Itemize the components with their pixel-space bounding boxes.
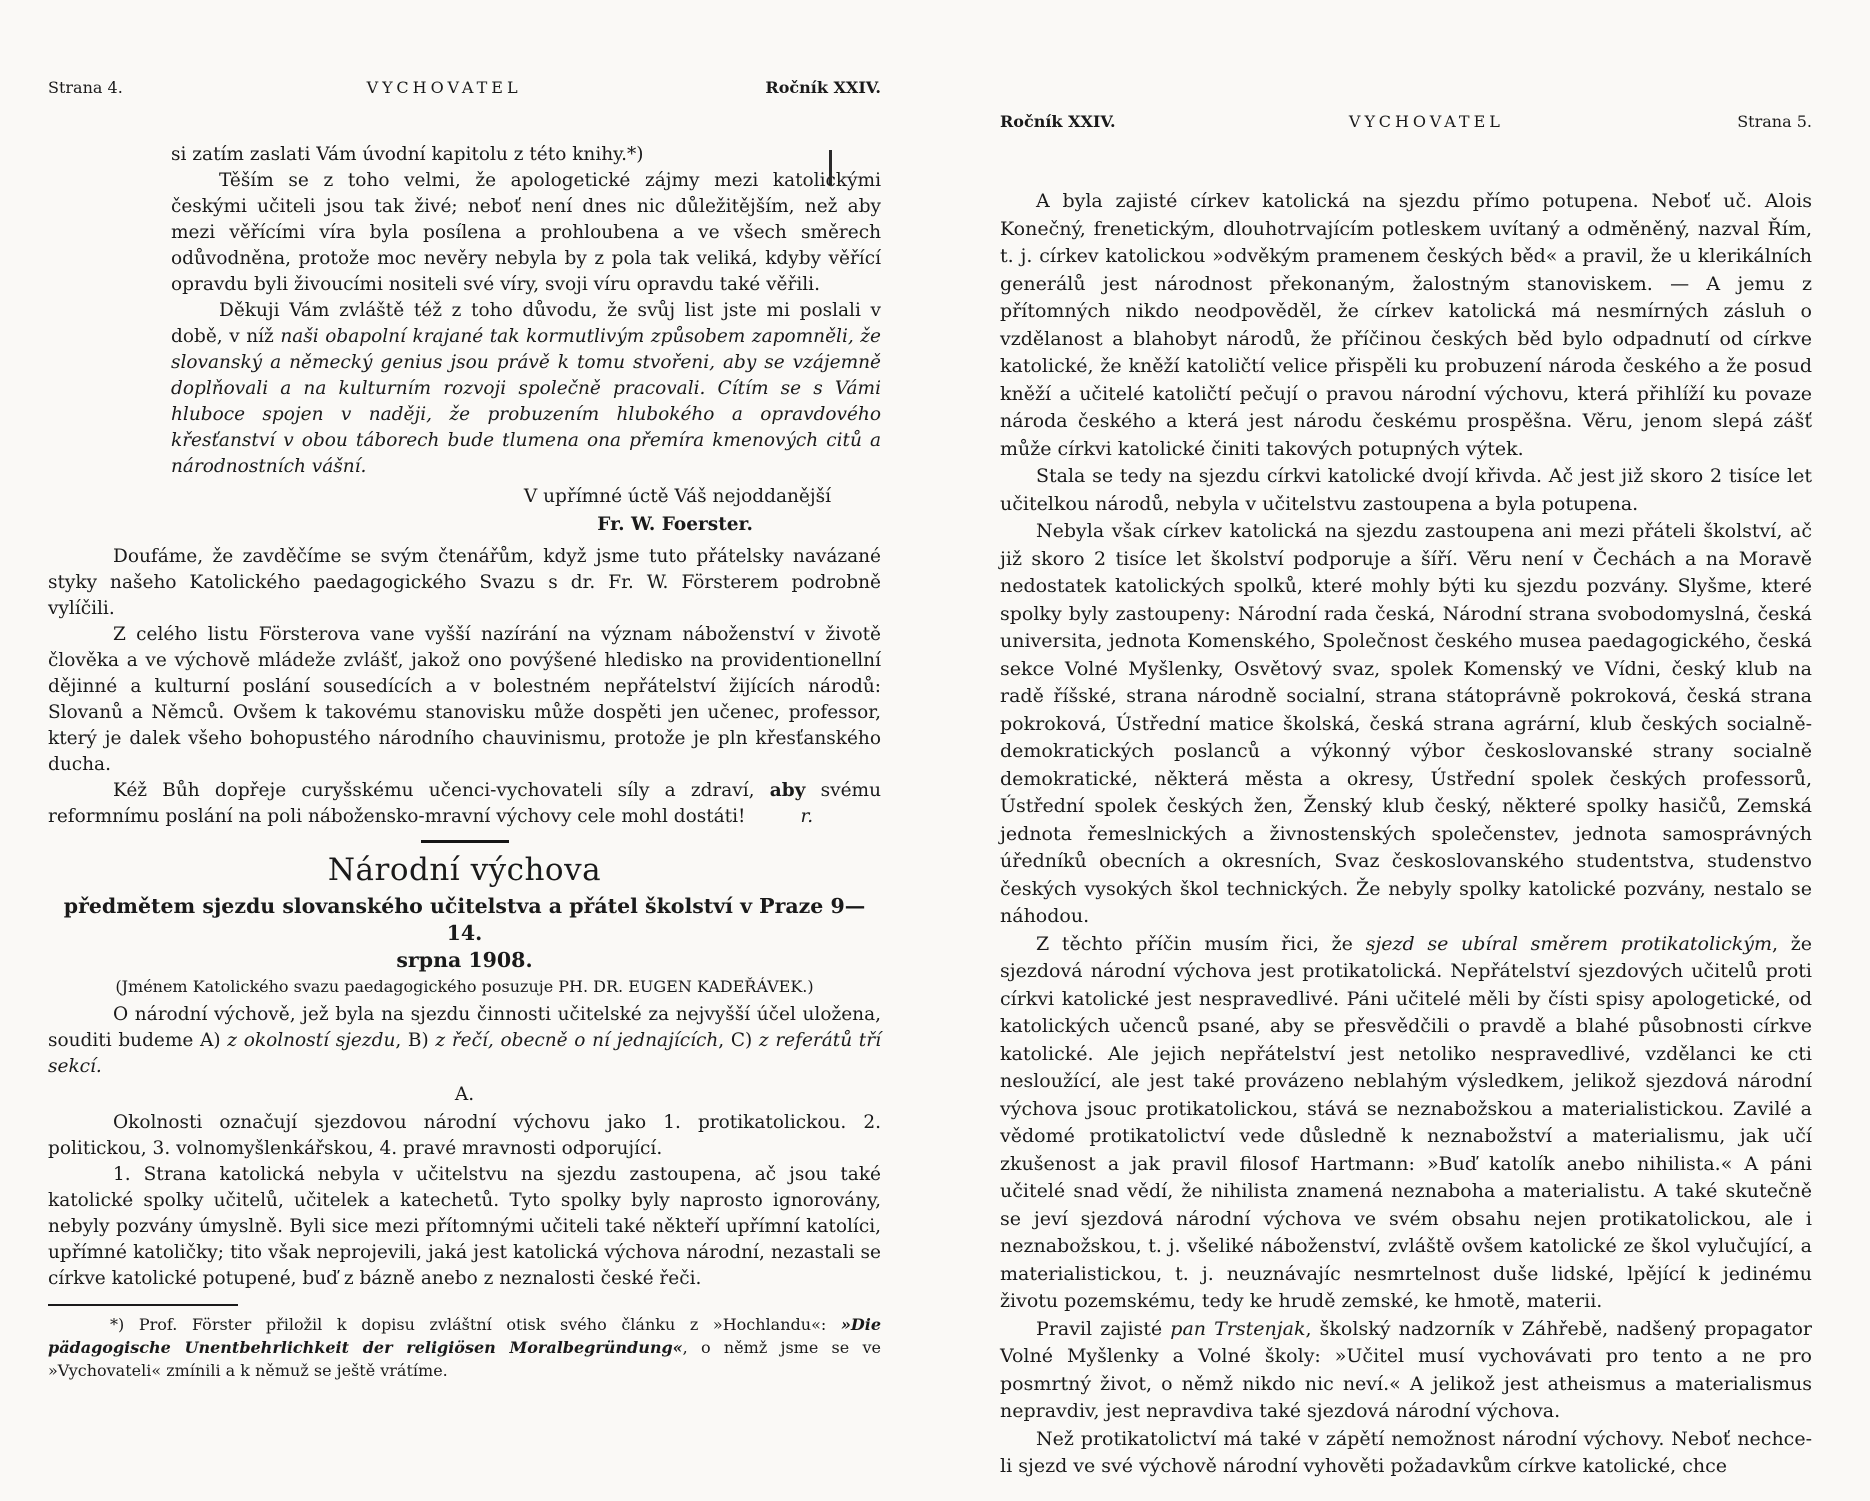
article-paragraph: Pravil zajisté pan Trstenjak, školský na… bbox=[1000, 1316, 1812, 1426]
editorial-paragraph: Z celého listu Försterova vane vyšší naz… bbox=[48, 622, 881, 778]
article-subtitle-date: srpna 1908. bbox=[48, 947, 881, 974]
article-intro-paragraph: O národní výchově, jež byla na sjezdu či… bbox=[48, 1002, 881, 1080]
right-volume-label: Ročník XXIV. bbox=[1000, 112, 1116, 132]
article-title: Národní výchova bbox=[48, 851, 881, 889]
right-page-number-label: Strana 5. bbox=[1737, 112, 1812, 132]
article-text: , C) bbox=[718, 1030, 759, 1051]
right-journal-title: VYCHOVATEL bbox=[1349, 112, 1504, 132]
footnote-rule bbox=[48, 1304, 238, 1306]
editorial-text: Kéž Bůh dopřeje curyšskému učenci-vychov… bbox=[113, 780, 770, 801]
section-divider-rule bbox=[421, 840, 509, 843]
article-paragraph: 1. Strana katolická nebyla v učitelstvu … bbox=[48, 1162, 881, 1292]
article-text-italic: z okolností sjezdu bbox=[227, 1030, 395, 1051]
letter-closing: V upřímné úctě Váš nejoddanější bbox=[171, 484, 881, 510]
article-text-italic: pan Trstenjak bbox=[1170, 1318, 1305, 1340]
left-page-number-label: Strana 4. bbox=[48, 78, 123, 98]
editorial-text-bold: aby bbox=[770, 780, 806, 801]
left-page-header: Strana 4. VYCHOVATEL Ročník XXIV. bbox=[48, 78, 881, 98]
article-text-italic: sjezd se ubíral směrem protikatolickým bbox=[1366, 933, 1772, 955]
section-letter-heading: A. bbox=[48, 1082, 881, 1108]
footnote-text: *) Prof. Förster přiložil k dopisu zvláš… bbox=[110, 1315, 841, 1334]
article-paragraph: Z těchto příčin musím řici, že sjezd se … bbox=[1000, 931, 1812, 1316]
article-text: , B) bbox=[395, 1030, 435, 1051]
article-text-italic: z řečí, obecně o ní jednajících bbox=[435, 1030, 718, 1051]
letter-paragraph: si zatím zaslati Vám úvodní kapitolu z t… bbox=[171, 142, 881, 168]
letter-signature: Fr. W. Foerster. bbox=[171, 512, 881, 538]
letter-paragraph: Těším se z toho velmi, že apologetické z… bbox=[171, 168, 881, 298]
footnote: *) Prof. Förster přiložil k dopisu zvláš… bbox=[48, 1313, 881, 1382]
article-paragraph: Stala se tedy na sjezdu církvi katolické… bbox=[1000, 463, 1812, 518]
editorial-paragraph: Doufáme, že zavděčíme se svým čtenářům, … bbox=[48, 544, 881, 622]
left-journal-title: VYCHOVATEL bbox=[367, 78, 522, 98]
right-page-header: Ročník XXIV. VYCHOVATEL Strana 5. bbox=[1000, 112, 1812, 132]
editorial-paragraph: Kéž Bůh dopřeje curyšskému učenci-vychov… bbox=[48, 778, 881, 830]
right-page: Ročník XXIV. VYCHOVATEL Strana 5. A byla… bbox=[1000, 112, 1812, 1481]
article-paragraph: A byla zajisté církev katolická na sjezd… bbox=[1000, 188, 1812, 463]
article-paragraph: Okolnosti označují sjezdovou národní výc… bbox=[48, 1110, 881, 1162]
foerster-letter-block: si zatím zaslati Vám úvodní kapitolu z t… bbox=[171, 142, 881, 538]
right-page-body: A byla zajisté církev katolická na sjezd… bbox=[1000, 188, 1812, 1481]
left-volume-label: Ročník XXIV. bbox=[765, 78, 881, 98]
letter-paragraph: Děkuji Vám zvláště též z toho důvodu, že… bbox=[171, 298, 881, 480]
letter-text-italic: naši obapolní krajané tak kormutlivým zp… bbox=[171, 326, 881, 477]
article-text: Pravil zajisté bbox=[1036, 1318, 1170, 1340]
article-text: , že sjezdová národní výchova jest proti… bbox=[1000, 933, 1812, 1313]
article-paragraph: Než protikatolictví má také v zápětí nem… bbox=[1000, 1426, 1812, 1481]
article-subtitle: předmětem sjezdu slovanského učitelstva … bbox=[48, 893, 881, 947]
left-page: Strana 4. VYCHOVATEL Ročník XXIV. si zat… bbox=[48, 78, 881, 1382]
article-text: Z těchto příčin musím řici, že bbox=[1036, 933, 1366, 955]
scan-fold-artifact bbox=[829, 150, 832, 186]
article-paragraph: Nebyla však církev katolická na sjezdu z… bbox=[1000, 518, 1812, 931]
left-page-body: si zatím zaslati Vám úvodní kapitolu z t… bbox=[48, 142, 881, 1382]
editor-initial: r. bbox=[800, 806, 813, 827]
article-byline: (Jménem Katolického svazu paedagogického… bbox=[48, 975, 881, 999]
scanned-journal-spread: { "left_page": { "header": { "page_label… bbox=[0, 0, 1870, 1501]
